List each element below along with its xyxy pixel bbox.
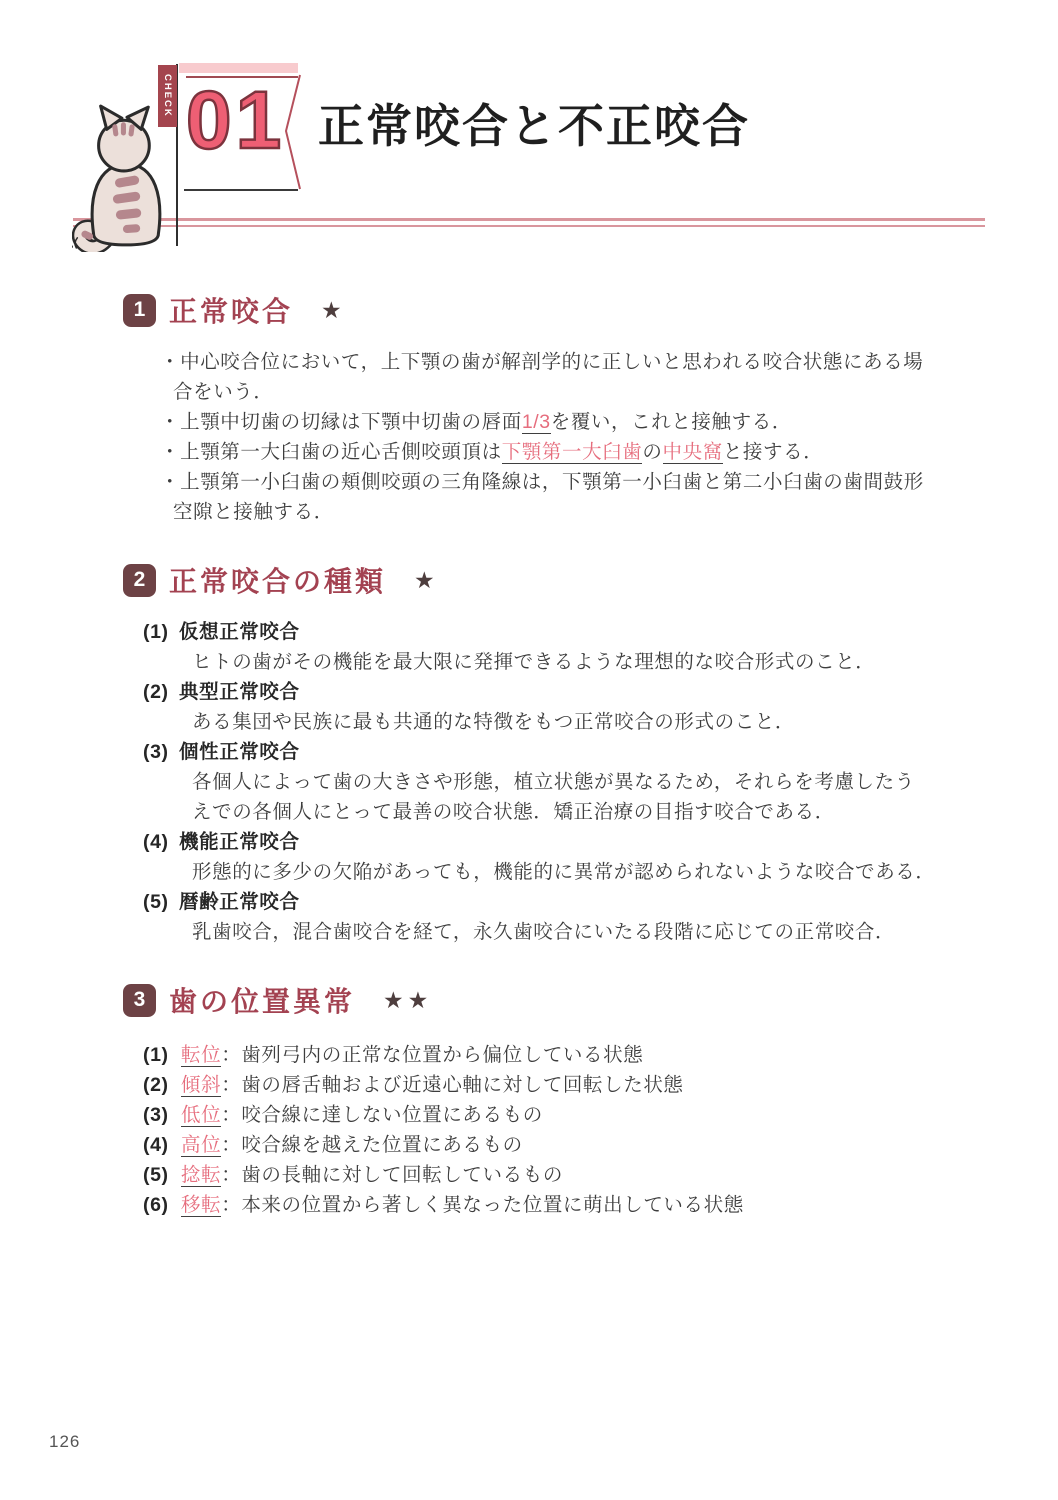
list-item-description: 形態的に多少の欠陥があっても，機能的に異常が認められないような咬合である． <box>143 857 936 887</box>
list-item-label: (2)典型正常咬合 <box>143 677 936 707</box>
list-item-description: ヒトの歯がその機能を最大限に発揮できるような理想的な咬合形式のこと． <box>143 647 936 677</box>
section-title: 正常咬合の種類 <box>169 560 386 600</box>
bullet-item: ・上顎中切歯の切縁は下顎中切歯の唇面1/3を覆い，これと接触する． <box>160 407 924 437</box>
section-3-position-list: (1)転位：歯列弓内の正常な位置から偏位している状態 (2)傾斜：歯の唇舌軸およ… <box>143 1040 744 1220</box>
list-item: (4)高位：咬合線を越えた位置にあるもの <box>143 1130 744 1160</box>
list-item: (1)転位：歯列弓内の正常な位置から偏位している状態 <box>143 1040 744 1070</box>
highlighted-term: 1/3 <box>522 411 551 434</box>
list-item-description: 各個人によって歯の大きさや形態，植立状態が異なるため，それらを考慮したう <box>143 767 936 797</box>
section-number-badge: 2 <box>123 564 156 597</box>
list-item-description-continuation: えでの各個人にとって最善の咬合状態．矯正治療の目指す咬合である． <box>143 797 936 827</box>
page-title: 正常咬合と不正咬合 <box>318 97 750 157</box>
highlighted-term: 移転 <box>181 1194 221 1217</box>
highlighted-term: 中央窩 <box>663 441 723 464</box>
header-divider-top <box>73 218 985 221</box>
check-badge-label: CHECK <box>162 74 173 118</box>
bullet-item: ・中心咬合位において，上下顎の歯が解剖学的に正しいと思われる咬合状態にある場 <box>160 347 924 377</box>
section-1-heading: 1 正常咬合 ★ <box>123 290 346 330</box>
highlighted-term: 傾斜 <box>181 1074 221 1097</box>
list-item: (6)移転：本来の位置から著しく異なった位置に萌出している状態 <box>143 1190 744 1220</box>
chapter-number: 01 <box>186 80 285 162</box>
highlighted-term: 捻転 <box>181 1164 221 1187</box>
bullet-item-continuation: 空隙と接触する． <box>160 497 924 527</box>
section-1-bullet-list: ・中心咬合位において，上下顎の歯が解剖学的に正しいと思われる咬合状態にある場 合… <box>160 347 924 527</box>
section-2-heading: 2 正常咬合の種類 ★ <box>123 560 439 600</box>
header-divider-bottom <box>73 225 985 227</box>
highlighted-term: 低位 <box>181 1104 221 1127</box>
page-number: 126 <box>49 1432 80 1452</box>
list-item-label: (1)仮想正常咬合 <box>143 617 936 647</box>
list-item-label: (5)暦齢正常咬合 <box>143 887 936 917</box>
highlighted-term: 高位 <box>181 1134 221 1157</box>
list-item: (3)低位：咬合線に達しない位置にあるもの <box>143 1100 744 1130</box>
list-item-description: ある集団や民族に最も共通的な特徴をもつ正常咬合の形式のこと． <box>143 707 936 737</box>
section-number-badge: 1 <box>123 294 156 327</box>
chapter-number-top-bar <box>179 63 298 73</box>
section-title: 正常咬合 <box>169 290 293 330</box>
section-title: 歯の位置異常 <box>169 980 355 1020</box>
section-2-type-list: (1)仮想正常咬合 ヒトの歯がその機能を最大限に発揮できるような理想的な咬合形式… <box>143 617 936 947</box>
list-item-description: 乳歯咬合，混合歯咬合を経て，永久歯咬合にいたる段階に応じての正常咬合． <box>143 917 936 947</box>
list-item-label: (4)機能正常咬合 <box>143 827 936 857</box>
list-item-label: (3)個性正常咬合 <box>143 737 936 767</box>
chevron-left-icon <box>281 73 303 196</box>
list-item: (2)傾斜：歯の唇舌軸および近遠心軸に対して回転した状態 <box>143 1070 744 1100</box>
bullet-item-continuation: 合をいう． <box>160 377 924 407</box>
list-item: (5)捻転：歯の長軸に対して回転しているもの <box>143 1160 744 1190</box>
highlighted-term: 下顎第一大臼歯 <box>502 441 643 464</box>
difficulty-stars: ★ <box>414 567 439 594</box>
difficulty-stars: ★ <box>321 297 346 324</box>
section-number-badge: 3 <box>123 984 156 1017</box>
bullet-item: ・上顎第一大臼歯の近心舌側咬頭頂は下顎第一大臼歯の中央窩と接する． <box>160 437 924 467</box>
difficulty-stars: ★★ <box>383 987 432 1014</box>
check-badge: CHECK <box>158 65 177 127</box>
highlighted-term: 転位 <box>181 1044 221 1067</box>
section-3-heading: 3 歯の位置異常 ★★ <box>123 980 432 1020</box>
bullet-item: ・上顎第一小臼歯の頬側咬頭の三角隆線は，下顎第一小臼歯と第二小臼歯の歯間鼓形 <box>160 467 924 497</box>
